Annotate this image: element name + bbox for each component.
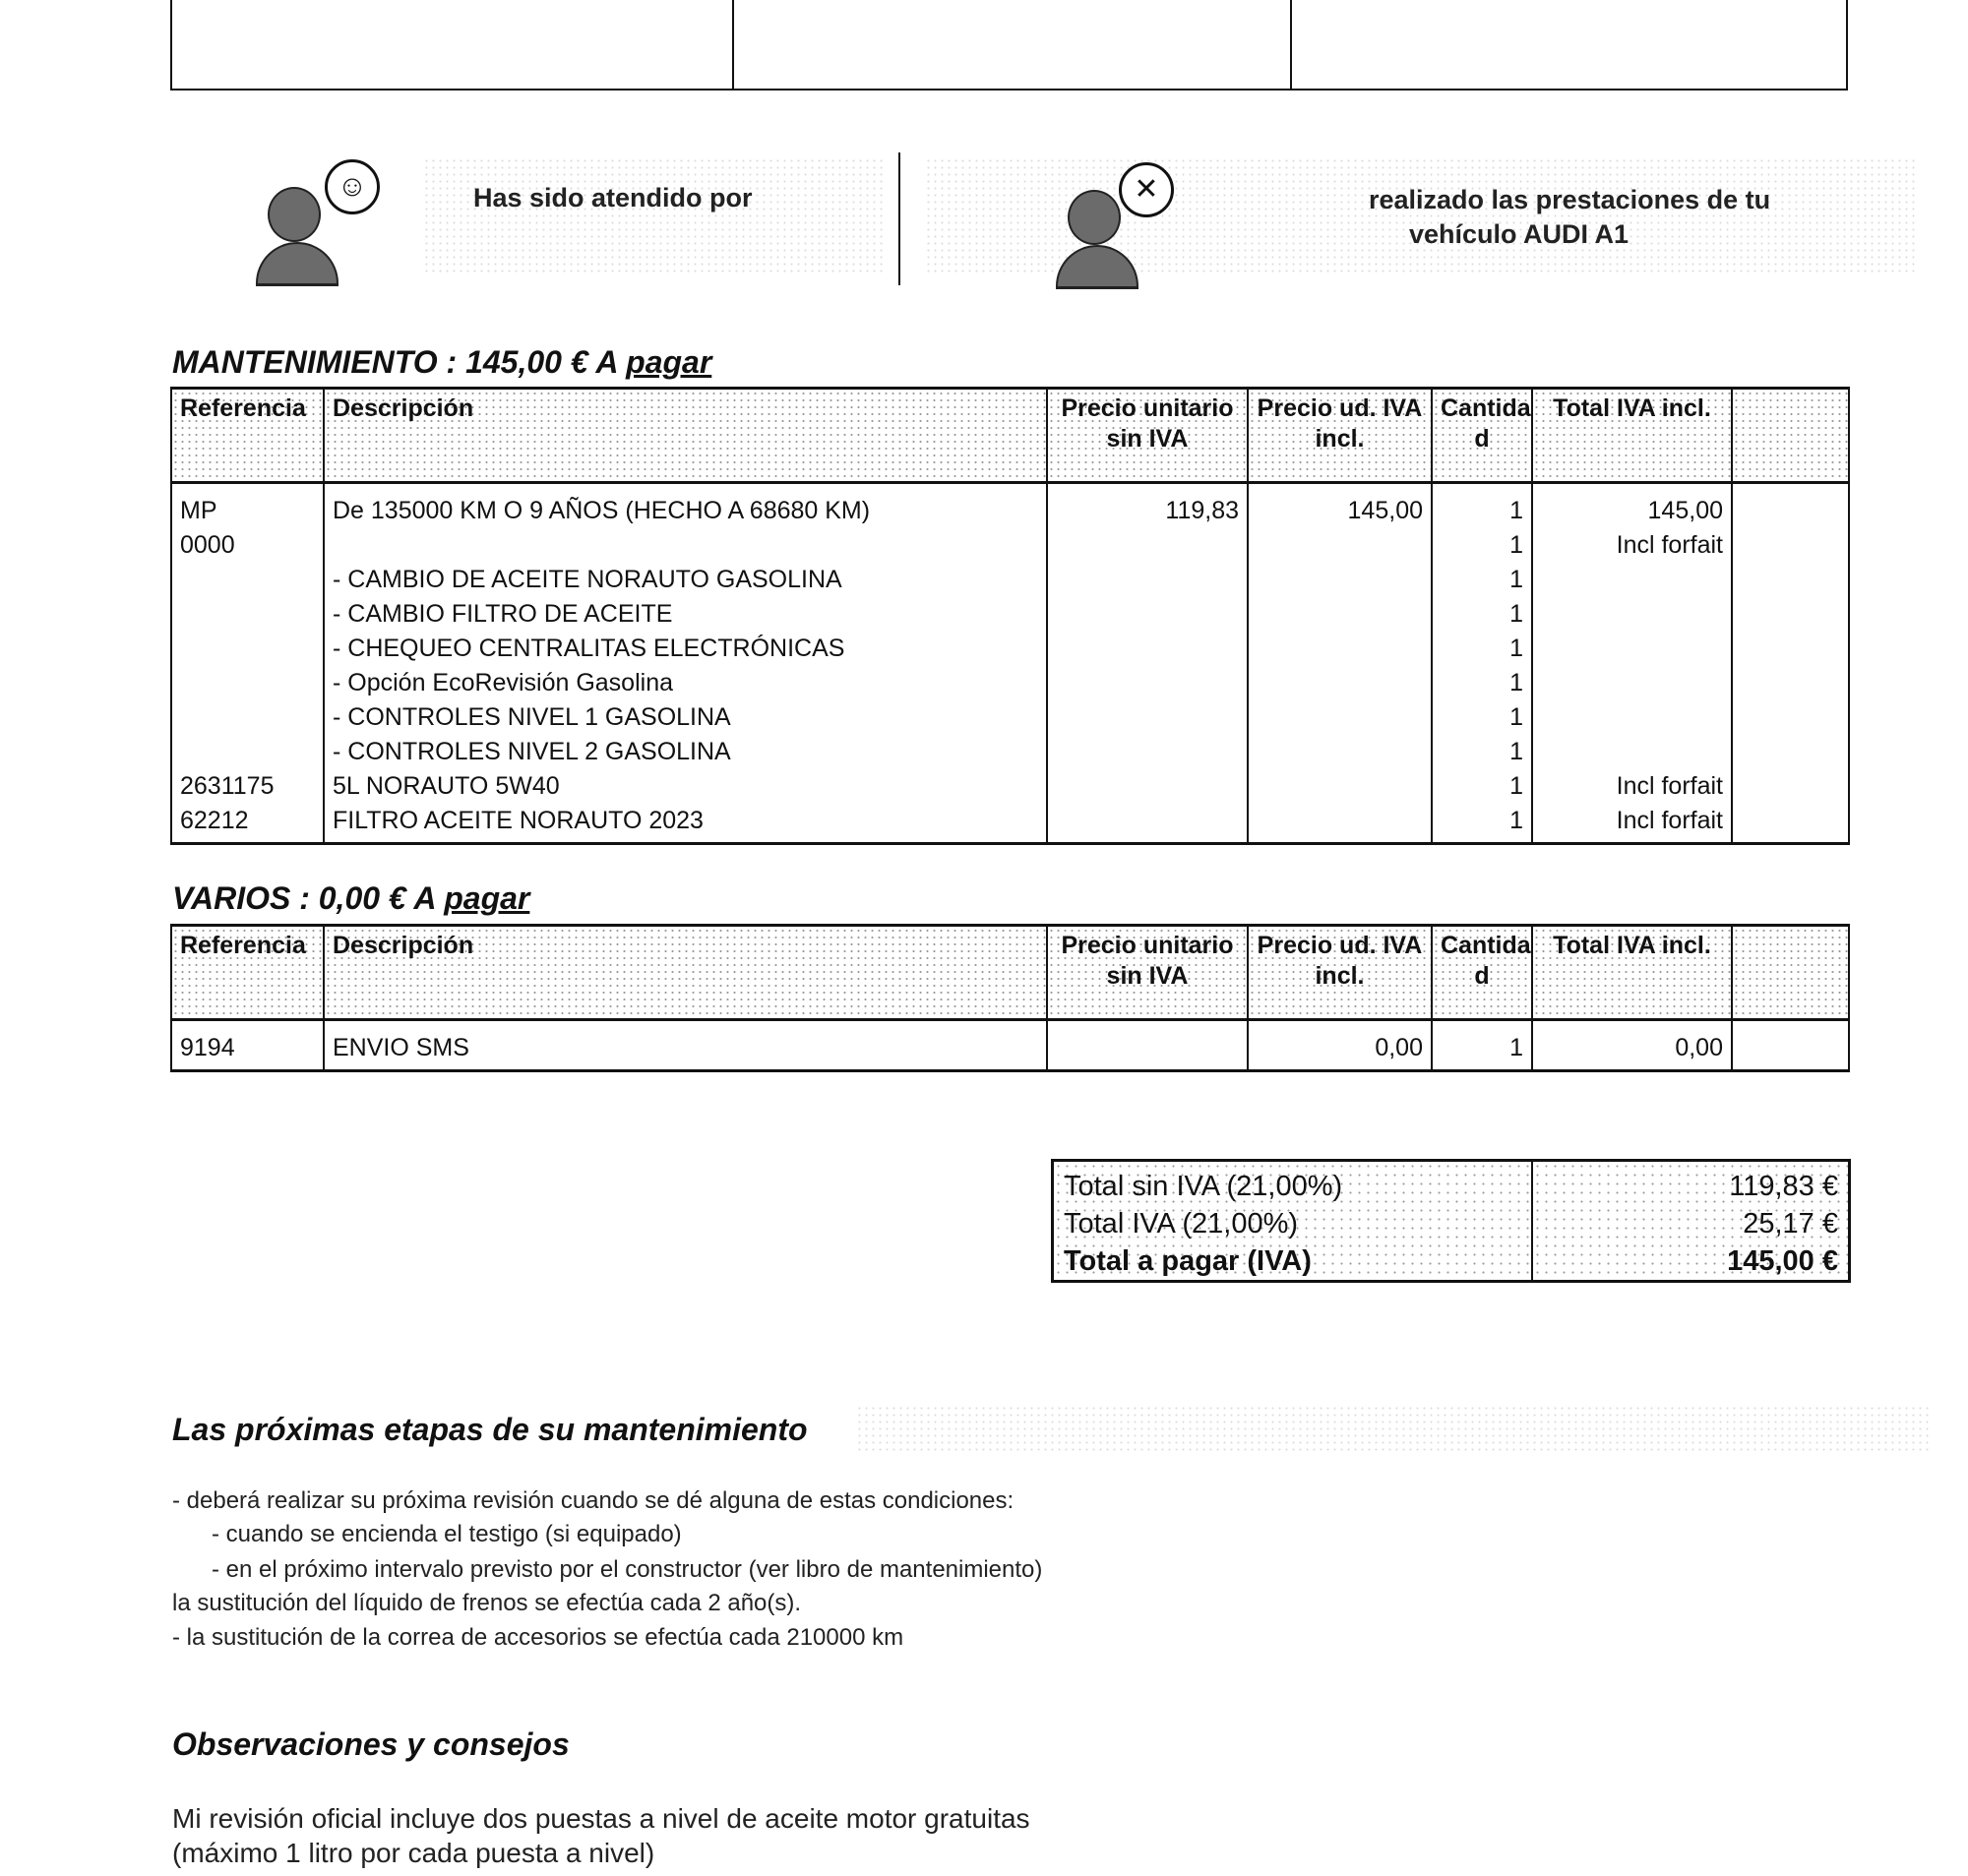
various-table: Referencia Descripción Precio unitariosi…: [170, 924, 1850, 1072]
vehicle-line: vehículo AUDI A1: [1409, 219, 1629, 250]
totals-labels: Total sin IVA (21,00%) Total IVA (21,00%…: [1054, 1162, 1533, 1280]
cell-quantity: 1: [1432, 597, 1532, 632]
cell-extra: [1732, 804, 1849, 844]
band-divider: [898, 152, 900, 285]
total-vat-label: Total IVA (21,00%): [1064, 1205, 1521, 1242]
various-section-title: VARIOS : 0,00 € A pagar: [172, 880, 529, 917]
cell-total: Incl forfait: [1532, 528, 1732, 563]
col-total: Total IVA incl.: [1532, 926, 1732, 1020]
cell-total: 0,00: [1532, 1020, 1732, 1071]
cell-description: [324, 528, 1047, 563]
cell-description: - CHEQUEO CENTRALITAS ELECTRÓNICAS: [324, 632, 1047, 666]
texture: [856, 1405, 1929, 1454]
cell-total: [1532, 597, 1732, 632]
cell-unit-price-vat: [1248, 597, 1432, 632]
cell-reference: [171, 563, 324, 597]
cell-description: 5L NORAUTO 5W40: [324, 769, 1047, 804]
total-net-label: Total sin IVA (21,00%): [1064, 1168, 1521, 1205]
totals-box: Total sin IVA (21,00%) Total IVA (21,00%…: [1051, 1159, 1851, 1283]
various-title-pay: pagar: [444, 880, 529, 916]
col-descripcion: Descripción: [324, 389, 1047, 483]
cell-quantity: 1: [1432, 483, 1532, 529]
col-extra: [1732, 926, 1849, 1020]
cell-total: 145,00: [1532, 483, 1732, 529]
col-referencia: Referencia: [171, 926, 324, 1020]
cell-unit-price-vat: 145,00: [1248, 483, 1432, 529]
attended-by-label: Has sido atendido por: [473, 183, 753, 213]
cell-description: FILTRO ACEITE NORAUTO 2023: [324, 804, 1047, 844]
col-total: Total IVA incl.: [1532, 389, 1732, 483]
cell-unit-price: [1047, 735, 1248, 769]
table-row: MPDe 135000 KM O 9 AÑOS (HECHO A 68680 K…: [171, 483, 1849, 529]
table-header-row: Referencia Descripción Precio unitariosi…: [171, 389, 1849, 483]
maintenance-section-title: MANTENIMIENTO : 145,00 € A pagar: [172, 344, 711, 381]
col-extra: [1732, 389, 1849, 483]
total-vat-value: 25,17 €: [1543, 1205, 1838, 1242]
next-steps-line: - la sustitución de la correa de accesor…: [172, 1624, 903, 1652]
cell-unit-price: [1047, 666, 1248, 700]
col-unit-price: Precio unitariosin IVA: [1047, 926, 1248, 1020]
cell-reference: 62212: [171, 804, 324, 844]
cell-description: De 135000 KM O 9 AÑOS (HECHO A 68680 KM): [324, 483, 1047, 529]
cell-reference: MP: [171, 483, 324, 529]
observations-title: Observaciones y consejos: [172, 1726, 570, 1763]
cell-unit-price: [1047, 1020, 1248, 1071]
cell-unit-price-vat: [1248, 804, 1432, 844]
cell-quantity: 1: [1432, 700, 1532, 735]
cell-total: [1532, 666, 1732, 700]
cell-unit-price: [1047, 700, 1248, 735]
col-quantity: Cantidad: [1432, 926, 1532, 1020]
cell-unit-price-vat: [1248, 632, 1432, 666]
maintenance-table: Referencia Descripción Precio unitariosi…: [170, 387, 1850, 845]
col-descripcion: Descripción: [324, 926, 1047, 1020]
cell-description: ENVIO SMS: [324, 1020, 1047, 1071]
cell-quantity: 1: [1432, 735, 1532, 769]
cell-extra: [1732, 700, 1849, 735]
cell-description: - Opción EcoRevisión Gasolina: [324, 666, 1047, 700]
performed-by-line1: realizado las prestaciones de tu: [1369, 185, 1770, 215]
cell-total: [1532, 632, 1732, 666]
table-row: 62212FILTRO ACEITE NORAUTO 20231Incl for…: [171, 804, 1849, 844]
col-unit-price-vat: Precio ud. IVAincl.: [1248, 926, 1432, 1020]
cell-extra: [1732, 597, 1849, 632]
cell-quantity: 1: [1432, 666, 1532, 700]
cell-extra: [1732, 563, 1849, 597]
cell-extra: [1732, 666, 1849, 700]
cell-description: - CONTROLES NIVEL 2 GASOLINA: [324, 735, 1047, 769]
cell-description: - CONTROLES NIVEL 1 GASOLINA: [324, 700, 1047, 735]
cell-unit-price-vat: [1248, 563, 1432, 597]
table-row: - CAMBIO DE ACEITE NORAUTO GASOLINA1: [171, 563, 1849, 597]
cell-unit-price-vat: [1248, 769, 1432, 804]
cell-total: [1532, 735, 1732, 769]
cell-extra: [1732, 735, 1849, 769]
col-quantity: Cantidad: [1432, 389, 1532, 483]
cell-quantity: 1: [1432, 1020, 1532, 1071]
cell-unit-price-vat: [1248, 700, 1432, 735]
total-due-label: Total a pagar (IVA): [1064, 1242, 1521, 1280]
cell-total: [1532, 700, 1732, 735]
next-steps-line: - en el próximo intervalo previsto por e…: [172, 1556, 1042, 1584]
next-steps-title: Las próximas etapas de su mantenimiento: [172, 1412, 808, 1448]
observation-line: Mi revisión oficial incluye dos puestas …: [172, 1803, 1030, 1835]
col-unit-price: Precio unitariosin IVA: [1047, 389, 1248, 483]
cell-reference: [171, 666, 324, 700]
totals-values: 119,83 € 25,17 € 145,00 €: [1533, 1162, 1848, 1280]
table-row: - Opción EcoRevisión Gasolina1: [171, 666, 1849, 700]
total-due-value: 145,00 €: [1543, 1242, 1838, 1280]
cell-total: Incl forfait: [1532, 804, 1732, 844]
cell-unit-price-vat: [1248, 666, 1432, 700]
cell-unit-price-vat: 0,00: [1248, 1020, 1432, 1071]
texture: [423, 157, 886, 275]
total-net-value: 119,83 €: [1543, 1168, 1838, 1205]
cell-description: - CAMBIO FILTRO DE ACEITE: [324, 597, 1047, 632]
cell-reference: 0000: [171, 528, 324, 563]
cell-quantity: 1: [1432, 804, 1532, 844]
next-steps-line: - deberá realizar su próxima revisión cu…: [172, 1487, 1014, 1515]
observation-line: (máximo 1 litro por cada puesta a nivel): [172, 1838, 654, 1869]
cell-total: Incl forfait: [1532, 769, 1732, 804]
table-row: - CONTROLES NIVEL 1 GASOLINA1: [171, 700, 1849, 735]
cell-extra: [1732, 483, 1849, 529]
cell-extra: [1732, 528, 1849, 563]
table-row: 00001Incl forfait: [171, 528, 1849, 563]
next-steps-line: - cuando se encienda el testigo (si equi…: [172, 1521, 682, 1548]
next-steps-line: la sustitución del líquido de frenos se …: [172, 1590, 801, 1617]
cell-extra: [1732, 769, 1849, 804]
cell-reference: 2631175: [171, 769, 324, 804]
header-info-divider: [1290, 0, 1292, 91]
cell-unit-price: [1047, 597, 1248, 632]
cell-extra: [1732, 632, 1849, 666]
cell-description: - CAMBIO DE ACEITE NORAUTO GASOLINA: [324, 563, 1047, 597]
table-row: - CONTROLES NIVEL 2 GASOLINA1: [171, 735, 1849, 769]
various-title-text: VARIOS : 0,00 € A: [172, 880, 444, 916]
cell-unit-price: 119,83: [1047, 483, 1248, 529]
cell-total: [1532, 563, 1732, 597]
smiley-bubble-icon: ☺: [325, 159, 380, 214]
cell-unit-price: [1047, 563, 1248, 597]
cell-unit-price: [1047, 632, 1248, 666]
table-row: 26311755L NORAUTO 5W401Incl forfait: [171, 769, 1849, 804]
cell-unit-price: [1047, 769, 1248, 804]
col-referencia: Referencia: [171, 389, 324, 483]
cell-quantity: 1: [1432, 528, 1532, 563]
tools-bubble-icon: ✕: [1119, 162, 1174, 217]
cell-reference: [171, 700, 324, 735]
cell-quantity: 1: [1432, 632, 1532, 666]
cell-quantity: 1: [1432, 563, 1532, 597]
cell-extra: [1732, 1020, 1849, 1071]
table-header-row: Referencia Descripción Precio unitariosi…: [171, 926, 1849, 1020]
header-info-table: [170, 0, 1848, 91]
cell-reference: [171, 735, 324, 769]
cell-unit-price-vat: [1248, 735, 1432, 769]
header-info-divider: [732, 0, 734, 91]
maintenance-title-pay: pagar: [626, 344, 711, 380]
maintenance-title-text: MANTENIMIENTO : 145,00 € A: [172, 344, 626, 380]
cell-unit-price-vat: [1248, 528, 1432, 563]
table-row: - CHEQUEO CENTRALITAS ELECTRÓNICAS1: [171, 632, 1849, 666]
table-row: 9194ENVIO SMS0,0010,00: [171, 1020, 1849, 1071]
cell-unit-price: [1047, 804, 1248, 844]
col-unit-price-vat: Precio ud. IVAincl.: [1248, 389, 1432, 483]
cell-reference: [171, 632, 324, 666]
cell-quantity: 1: [1432, 769, 1532, 804]
cell-reference: [171, 597, 324, 632]
cell-unit-price: [1047, 528, 1248, 563]
cell-reference: 9194: [171, 1020, 324, 1071]
table-row: - CAMBIO FILTRO DE ACEITE1: [171, 597, 1849, 632]
